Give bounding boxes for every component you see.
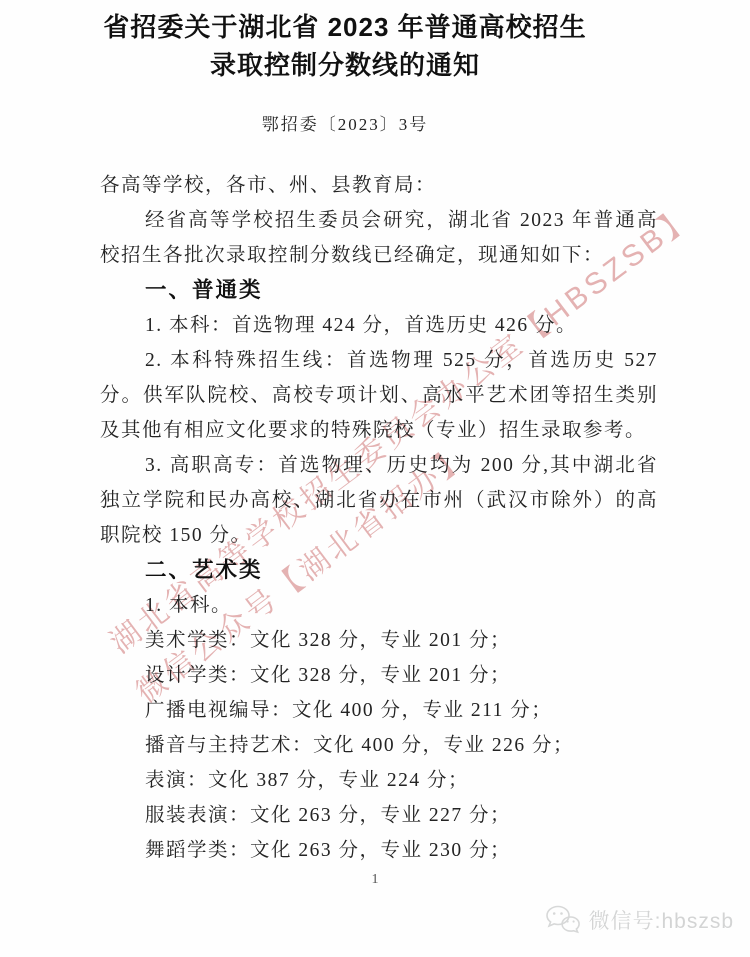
section-heading: 一、普通类 xyxy=(100,273,658,308)
wechat-id-label: 微信号:hbszsb xyxy=(589,905,734,935)
document-title-line2: 录取控制分数线的通知 xyxy=(35,46,655,84)
document-title-line1: 省招委关于湖北省 2023 年普通高校招生 xyxy=(35,8,655,46)
paragraph: 经省高等学校招生委员会研究，湖北省 2023 年普通高校招生各批次录取控制分数线… xyxy=(100,203,658,273)
paragraph: 各高等学校，各市、州、县教育局： xyxy=(100,168,658,203)
paragraph: 表演：文化 387 分，专业 224 分； xyxy=(100,763,658,798)
paragraph: 1. 本科。 xyxy=(100,588,658,623)
page-number: 1 xyxy=(0,872,750,888)
paragraph: 美术学类：文化 328 分，专业 201 分； xyxy=(100,623,658,658)
document-page: 湖北省高等学校招生委员会办公室【HBSZSB】 微信公众号【湖北省招办】 省招委… xyxy=(0,0,750,957)
document-body: 各高等学校，各市、州、县教育局：经省高等学校招生委员会研究，湖北省 2023 年… xyxy=(100,168,658,868)
document-number: 鄂招委〔2023〕3号 xyxy=(35,110,655,135)
paragraph: 3. 高职高专：首选物理、历史均为 200 分,其中湖北省独立学院和民办高校、湖… xyxy=(100,448,658,553)
paragraph: 舞蹈学类：文化 263 分，专业 230 分； xyxy=(100,833,658,868)
paragraph: 广播电视编导：文化 400 分，专业 211 分； xyxy=(100,693,658,728)
document-title: 省招委关于湖北省 2023 年普通高校招生 录取控制分数线的通知 xyxy=(35,8,655,84)
paragraph: 服装表演：文化 263 分，专业 227 分； xyxy=(100,798,658,833)
paragraph: 1. 本科：首选物理 424 分，首选历史 426 分。 xyxy=(100,308,658,343)
wechat-badge: 微信号:hbszsb xyxy=(545,904,734,935)
wechat-icon xyxy=(545,904,583,935)
paragraph: 播音与主持艺术：文化 400 分，专业 226 分； xyxy=(100,728,658,763)
section-heading: 二、艺术类 xyxy=(100,553,658,588)
paragraph: 2. 本科特殊招生线：首选物理 525 分，首选历史 527 分。供军队院校、高… xyxy=(100,343,658,448)
paragraph: 设计学类：文化 328 分，专业 201 分； xyxy=(100,658,658,693)
